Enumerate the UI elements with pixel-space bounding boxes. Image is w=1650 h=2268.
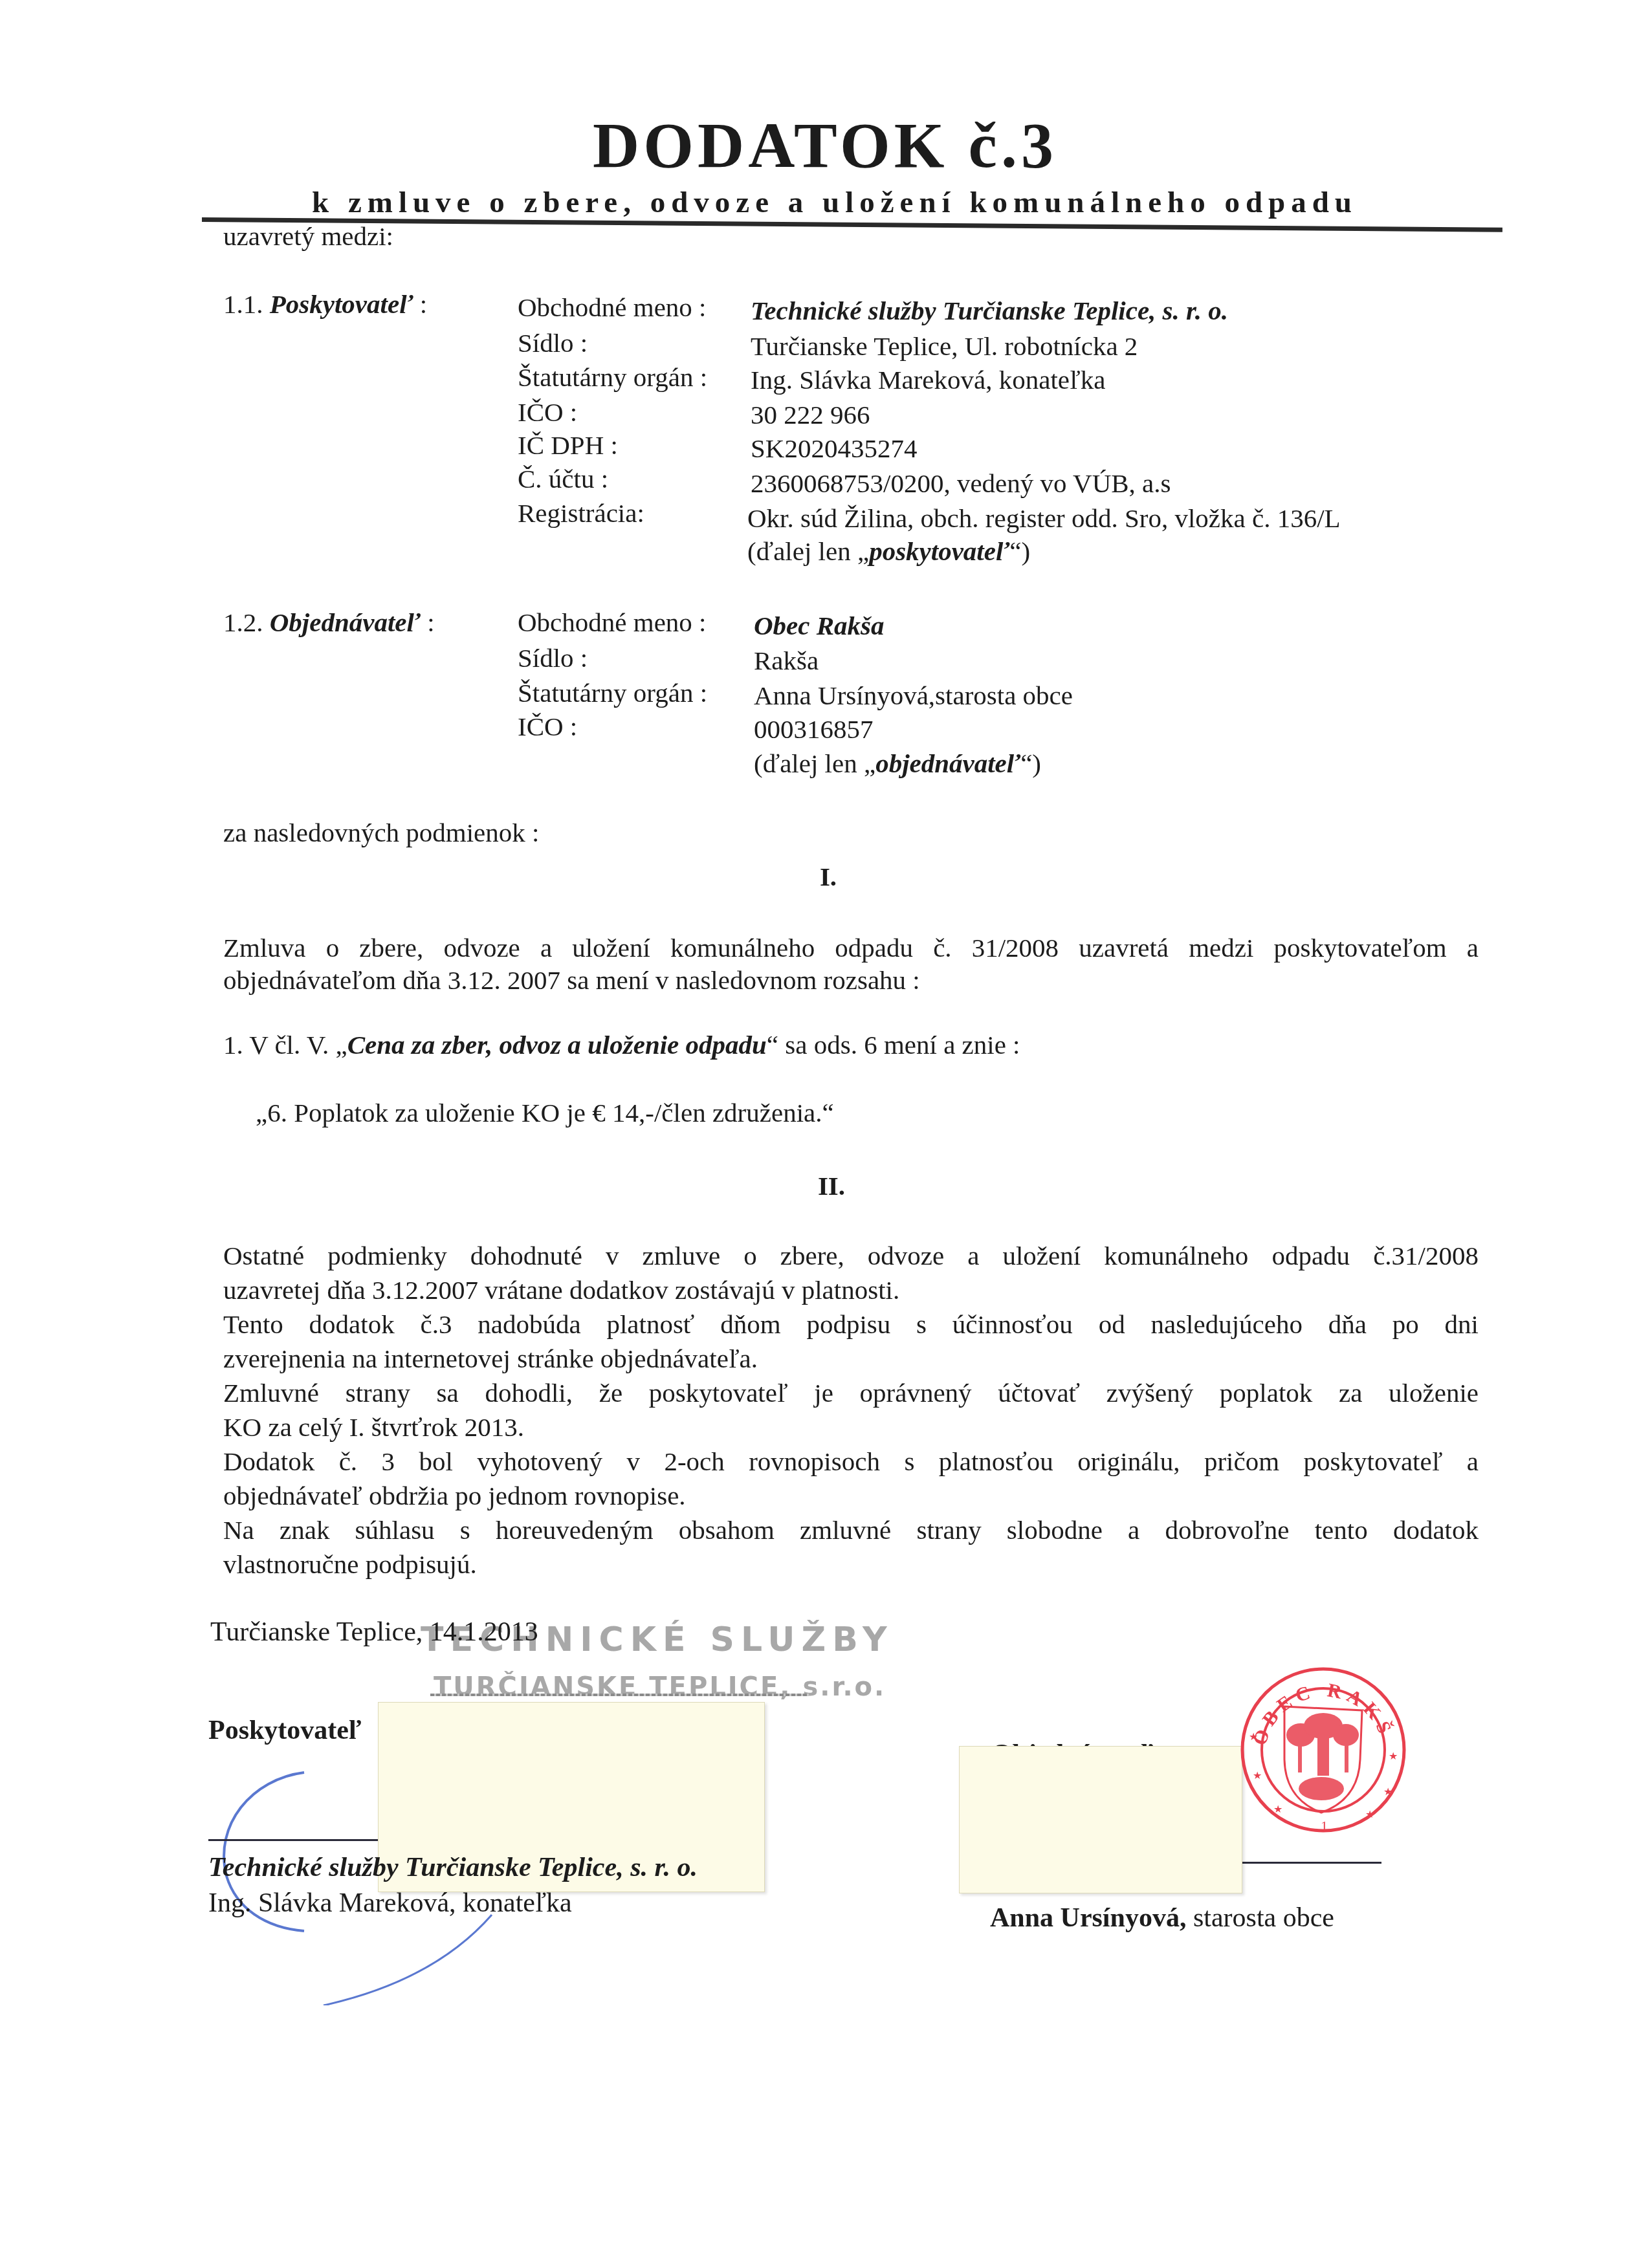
party-role: Poskytovateľ	[270, 289, 413, 319]
party-customer-heading: 1.2. Objednávateľ :	[223, 606, 435, 638]
provider-stamp-line2: TURČIANSKE TEPLICE, s.r.o.	[434, 1672, 886, 1702]
customer-signatory-name: Anna Ursínyová,	[990, 1903, 1186, 1933]
field-key: Štatutárny orgán :	[518, 677, 707, 709]
svg-text:★: ★	[1273, 1803, 1282, 1815]
paragraph-line: vlastnoručne podpisujú.	[223, 1547, 1479, 1582]
party-role: Objednávateľ	[270, 607, 421, 637]
article-heading-1: I.	[0, 860, 1650, 893]
alias-name: poskytovateľ	[869, 536, 1009, 566]
article-2-paragraph: Ostatné podmienky dohodnuté v zmluve o z…	[223, 1239, 1479, 1582]
paragraph-line: Tento dodatok č.3 nadobúda platnosť dňom…	[223, 1307, 1479, 1342]
intro-text: uzavretý medzi:	[223, 220, 393, 252]
field-key: IČO :	[518, 396, 577, 428]
alias-suffix: “)	[1009, 536, 1030, 566]
paragraph-line: KO za celý I. štvrťrok 2013.	[223, 1410, 1479, 1445]
provider-company: Technické služby Turčianske Teplice, s. …	[208, 1851, 698, 1884]
field-value: Rakša	[754, 644, 819, 677]
change-suffix: “ sa ods. 6 mení a znie :	[767, 1030, 1020, 1060]
document-title: DODATOK č.3	[0, 110, 1650, 181]
field-key: Č. účtu :	[518, 463, 608, 495]
article-heading-2: II.	[0, 1170, 1650, 1202]
paragraph-line: Na znak súhlasu s horeuvedeným obsahom z…	[223, 1513, 1479, 1547]
field-value: Ing. Slávka Mareková, konateľka	[751, 364, 1105, 396]
article-1-paragraph: Zmluva o zbere, odvoze a uložení komunál…	[223, 932, 1479, 996]
paragraph-line: Zmluvné strany sa dohodli, že poskytovat…	[223, 1376, 1479, 1410]
svg-text:★: ★	[1383, 1785, 1392, 1798]
article-1-change: 1. V čl. V. „Cena za zber, odvoz a ulože…	[223, 1029, 1020, 1061]
field-value: 30 222 966	[751, 398, 870, 431]
svg-text:★: ★	[1253, 1769, 1262, 1782]
paragraph-line: Dodatok č. 3 bol vyhotovený v 2-och rovn…	[223, 1445, 1479, 1479]
provider-stamp-rule	[430, 1694, 809, 1696]
field-value-company: Technické služby Turčianske Teplice, s. …	[751, 294, 1228, 327]
paragraph-line: objednávateľ obdržia po jednom rovnopise…	[223, 1479, 1479, 1513]
field-key: IČO :	[518, 710, 577, 743]
field-value-company: Obec Rakša	[754, 609, 885, 642]
field-value: SK2020435274	[751, 432, 917, 464]
party-alias: (ďalej len „objednávateľ“)	[754, 747, 1041, 780]
conditions-intro: za nasledovných podmienok :	[223, 816, 539, 849]
party-provider-heading: 1.1. Poskytovateľ :	[223, 288, 427, 320]
document-subtitle: k zmluve o zbere, odvoze a uložení komun…	[0, 184, 1650, 221]
field-key: Registrácia:	[518, 497, 644, 529]
svg-text:★: ★	[1389, 1750, 1398, 1762]
paragraph-line: Zmluva o zbere, odvoze a uložení komunál…	[223, 932, 1479, 964]
field-key: Obchodné meno :	[518, 606, 706, 638]
alias-prefix: (ďalej len „	[747, 536, 869, 566]
field-key: Štatutárny orgán :	[518, 361, 707, 393]
provider-signatory: Ing. Slávka Mareková, konateľka	[208, 1887, 572, 1919]
field-key: Obchodné meno :	[518, 291, 706, 323]
change-prefix: 1. V čl. V. „	[223, 1030, 347, 1060]
place-date: Turčianske Teplice, 14.1.2013	[210, 1616, 538, 1648]
party-number: 1.1.	[223, 289, 263, 319]
paragraph-line: zverejnenia na internetovej stránke obje…	[223, 1342, 1479, 1376]
paragraph-line: Ostatné podmienky dohodnuté v zmluve o z…	[223, 1239, 1479, 1273]
municipal-seal-icon: OBEC RAKŠA ★★ ★★ ★★ 1	[1236, 1663, 1411, 1837]
redacted-customer-signature	[959, 1746, 1242, 1893]
customer-signatory: Anna Ursínyová, starosta obce	[990, 1902, 1334, 1934]
paragraph-line: objednávateľom dňa 3.12. 2007 sa mení v …	[223, 964, 1479, 996]
alias-prefix: (ďalej len „	[754, 748, 875, 778]
customer-signatory-title: starosta obce	[1186, 1903, 1334, 1933]
field-key: Sídlo :	[518, 327, 588, 359]
party-number: 1.2.	[223, 607, 263, 637]
party-alias: (ďalej len „poskytovateľ“)	[747, 535, 1030, 567]
seal-number: 1	[1321, 1818, 1328, 1834]
change-title: Cena za zber, odvoz a uloženie odpadu	[347, 1030, 767, 1060]
party-role-suffix: :	[413, 289, 428, 319]
field-value: 000316857	[754, 713, 874, 745]
field-value: 2360068753/0200, vedený vo VÚB, a.s	[751, 467, 1171, 499]
article-1-quote: „6. Poplatok za uloženie KO je € 14,-/čl…	[256, 1096, 834, 1129]
field-value: Anna Ursínyová,starosta obce	[754, 679, 1073, 712]
field-value: Okr. súd Žilina, obch. register odd. Sro…	[747, 502, 1341, 534]
field-key: IČ DPH :	[518, 429, 618, 461]
svg-text:★: ★	[1365, 1808, 1374, 1820]
customer-signature-line	[1233, 1862, 1381, 1864]
party-role-suffix: :	[421, 607, 435, 637]
field-key: Sídlo :	[518, 642, 588, 674]
alias-suffix: “)	[1020, 748, 1041, 778]
alias-name: objednávateľ	[875, 748, 1020, 778]
field-value: Turčianske Teplice, Ul. robotnícka 2	[751, 330, 1138, 362]
paragraph-line: uzavretej dňa 3.12.2007 vrátane dodatkov…	[223, 1273, 1479, 1307]
svg-text:★: ★	[1249, 1730, 1258, 1743]
